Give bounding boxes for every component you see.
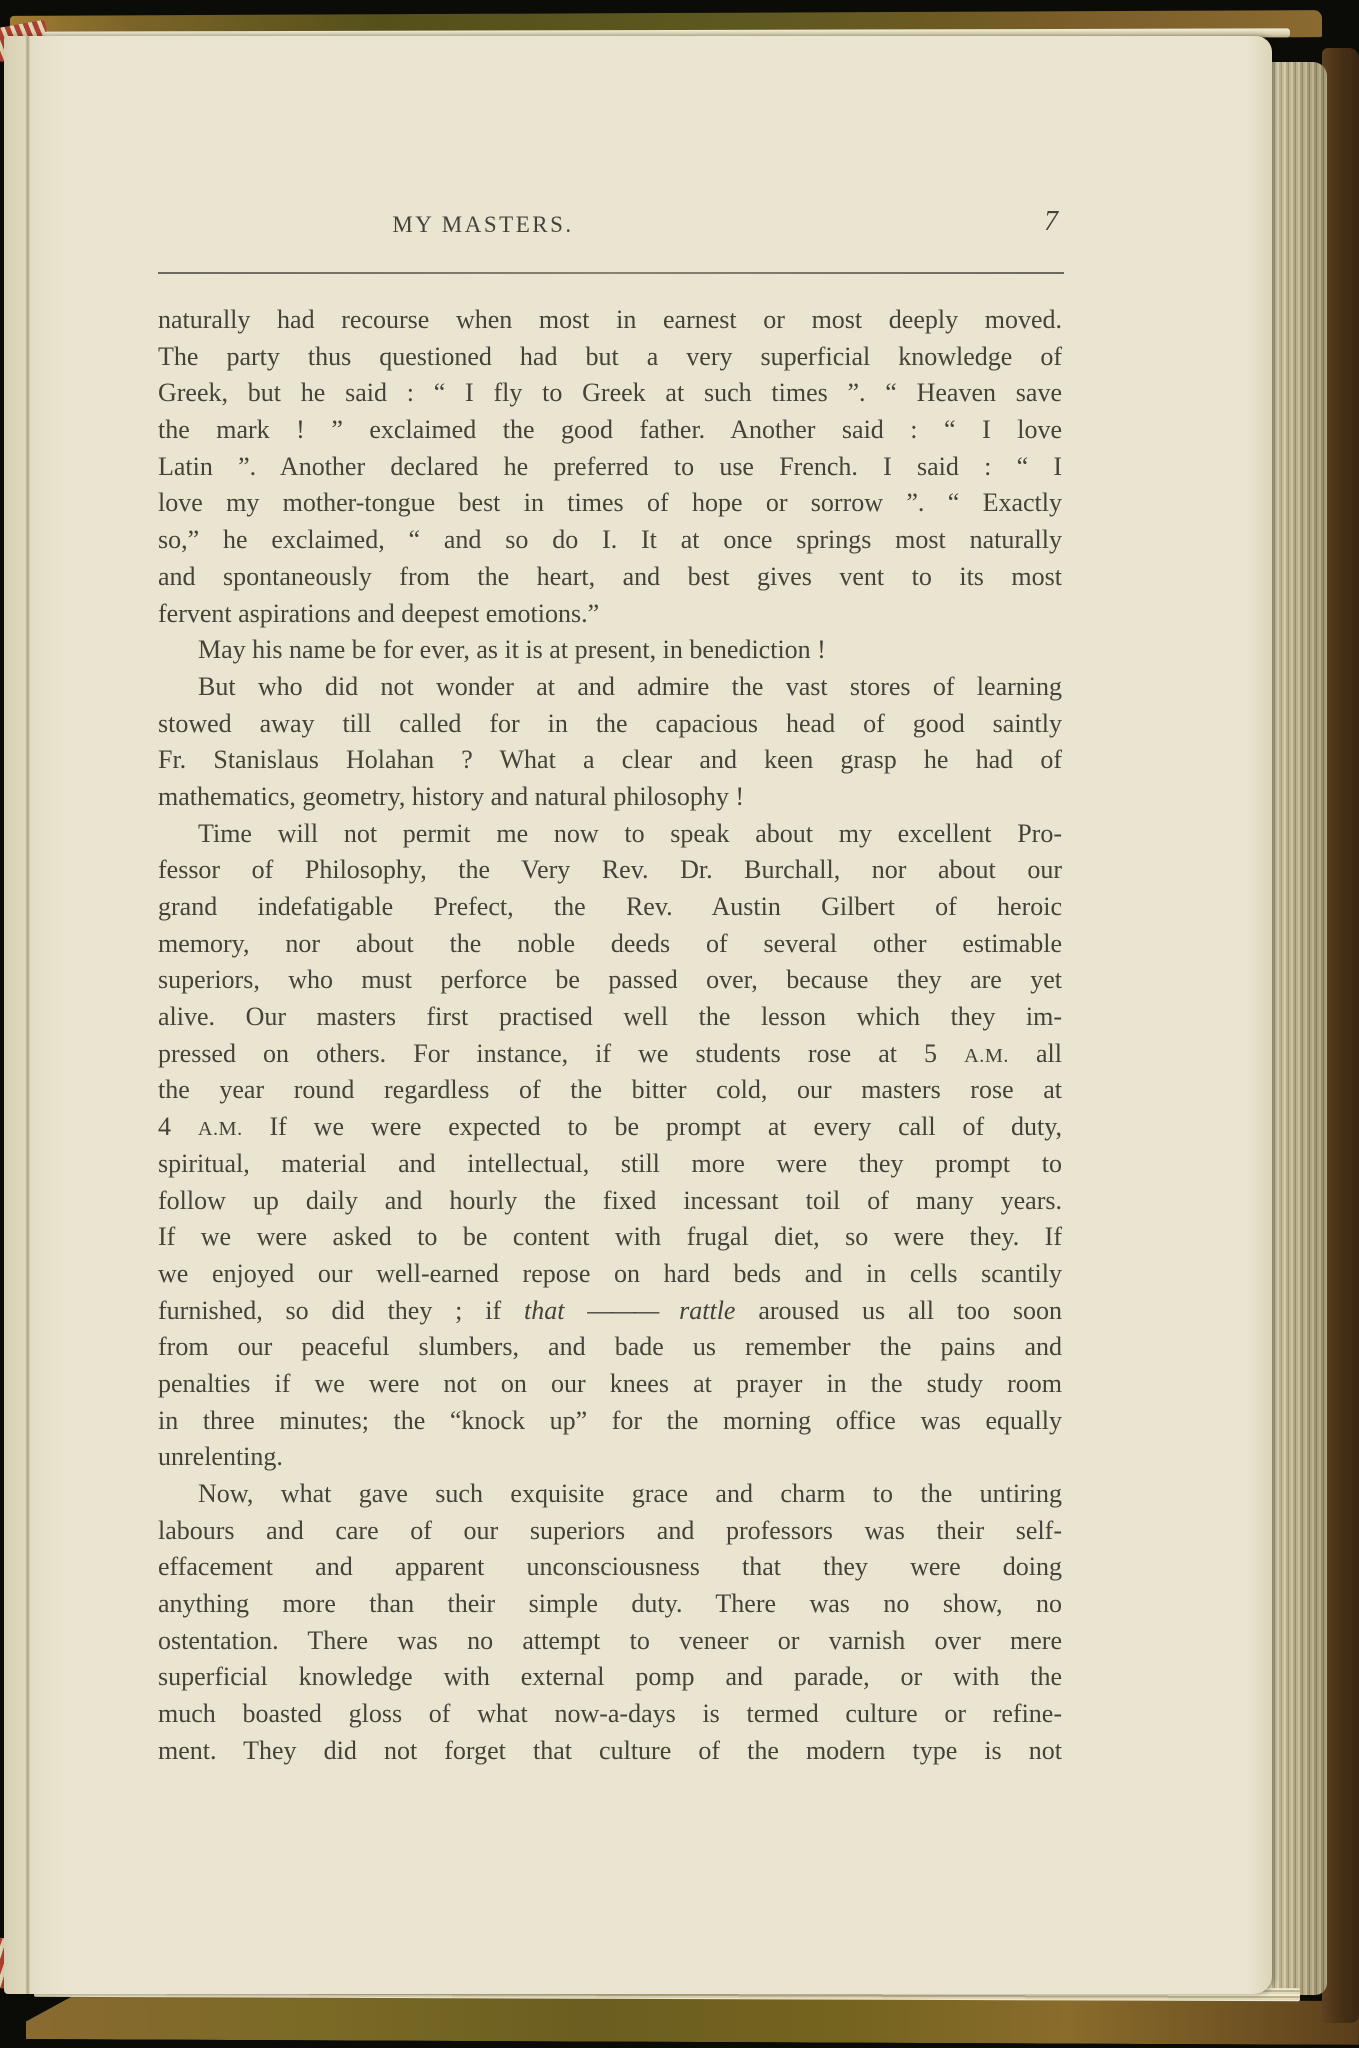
text-segment-dash: ——— (587, 1296, 656, 1325)
text-segment: superficial knowledge with external pomp… (158, 1662, 1062, 1691)
header-rule (158, 272, 1064, 274)
text-segment: fessor of Philosophy, the Very Rev. Dr. … (158, 855, 1062, 884)
text-segment: memory, nor about the noble deeds of sev… (158, 929, 1062, 958)
page-number: 7 (1044, 206, 1058, 238)
text-segment: grand indefatigable Prefect, the Rev. Au… (158, 892, 1062, 921)
text-line: memory, nor about the noble deeds of sev… (158, 926, 1062, 963)
text-line: Now, what gave such exquisite grace and … (158, 1476, 1062, 1513)
text-segment: Greek, but he said : “ I fly to Greek at… (158, 378, 1062, 407)
text-segment: all (1009, 1039, 1062, 1068)
text-segment: superiors, who must perforce be passed o… (158, 965, 1062, 994)
text-line: and spontaneously from the heart, and be… (158, 559, 1062, 596)
text-line: spiritual, material and intellectual, st… (158, 1146, 1062, 1183)
text-line: May his name be for ever, as it is at pr… (158, 632, 1062, 669)
text-segment: in three minutes; the “knock up” for the… (158, 1406, 1062, 1435)
text-segment-smallcaps: A.M. (964, 1045, 1009, 1067)
text-segment: the mark ! ” exclaimed the good father. … (158, 415, 1062, 444)
text-line: much boasted gloss of what now-a-days is… (158, 1696, 1062, 1733)
text-segment: ostentation. There was no attempt to ven… (158, 1626, 1062, 1655)
text-segment: May his name be for ever, as it is at pr… (198, 635, 826, 664)
text-segment: much boasted gloss of what now-a-days is… (158, 1699, 1062, 1728)
text-line: The party thus questioned had but a very… (158, 339, 1062, 376)
text-segment: ment. They did not forget that culture o… (158, 1736, 1062, 1765)
book-cover-bottom-edge (26, 1995, 1359, 2045)
text-line: follow up daily and hourly the fixed inc… (158, 1183, 1062, 1220)
text-segment: from our peaceful slumbers, and bade us … (158, 1332, 1062, 1361)
text-segment: Time will not permit me now to speak abo… (198, 819, 1062, 848)
body-text: naturally had recourse when most in earn… (158, 302, 1062, 1770)
text-segment: so,” he exclaimed, “ and so do I. It at … (158, 525, 1062, 554)
text-segment: If we were expected to be prompt at ever… (243, 1112, 1062, 1141)
text-line: the year round regardless of the bitter … (158, 1072, 1062, 1109)
text-line: 4 A.M. If we were expected to be prompt … (158, 1109, 1062, 1146)
text-line: naturally had recourse when most in earn… (158, 302, 1062, 339)
text-line: grand indefatigable Prefect, the Rev. Au… (158, 889, 1062, 926)
text-segment: The party thus questioned had but a very… (158, 342, 1062, 371)
text-line: we enjoyed our well-earned repose on har… (158, 1256, 1062, 1293)
text-line: But who did not wonder at and admire the… (158, 669, 1062, 706)
text-segment: pressed on others. For instance, if we s… (158, 1039, 964, 1068)
text-segment: alive. Our masters first practised well … (158, 1002, 1062, 1031)
text-segment: follow up daily and hourly the fixed inc… (158, 1186, 1062, 1215)
text-segment: mathematics, geometry, history and natur… (158, 782, 744, 811)
text-line: Time will not permit me now to speak abo… (158, 816, 1062, 853)
text-line: If we were asked to be content with frug… (158, 1219, 1062, 1256)
text-segment: anything more than their simple duty. Th… (158, 1589, 1062, 1618)
text-segment: Latin ”. Another declared he preferred t… (158, 452, 1062, 481)
text-segment: effacement and apparent unconsciousness … (158, 1552, 1062, 1581)
text-segment: stowed away till called for in the capac… (158, 709, 1062, 738)
text-line: superiors, who must perforce be passed o… (158, 962, 1062, 999)
text-line: penalties if we were not on our knees at… (158, 1366, 1062, 1403)
photo-backdrop: MY MASTERS. 7 naturally had recourse whe… (0, 0, 1359, 2048)
text-line: the mark ! ” exclaimed the good father. … (158, 412, 1062, 449)
text-segment: labours and care of our superiors and pr… (158, 1516, 1062, 1545)
text-line: pressed on others. For instance, if we s… (158, 1036, 1062, 1073)
text-line: effacement and apparent unconsciousness … (158, 1549, 1062, 1586)
text-segment: aroused us all too soon (735, 1296, 1062, 1325)
text-line: mathematics, geometry, history and natur… (158, 779, 1062, 816)
text-segment-italic: that (524, 1296, 564, 1325)
text-segment: Fr. Stanislaus Holahan ? What a clear an… (158, 745, 1062, 774)
running-header: MY MASTERS. 7 (158, 204, 1062, 250)
text-line: superficial knowledge with external pomp… (158, 1659, 1062, 1696)
text-segment: and spontaneously from the heart, and be… (158, 562, 1062, 591)
text-line: unrelenting. (158, 1439, 1062, 1476)
gutter-crease (25, 36, 30, 1994)
text-segment: 4 (158, 1112, 198, 1141)
text-line: Latin ”. Another declared he preferred t… (158, 449, 1062, 486)
text-segment: If we were asked to be content with frug… (158, 1222, 1062, 1251)
text-segment (564, 1296, 587, 1325)
page-edges-stack (1263, 62, 1327, 1995)
text-segment-smallcaps: A.M. (198, 1118, 243, 1140)
book-cover-right (1322, 48, 1359, 2023)
text-line: in three minutes; the “knock up” for the… (158, 1403, 1062, 1440)
text-segment: we enjoyed our well-earned repose on har… (158, 1259, 1062, 1288)
text-line: alive. Our masters first practised well … (158, 999, 1062, 1036)
text-segment: Now, what gave such exquisite grace and … (198, 1479, 1062, 1508)
book-page: MY MASTERS. 7 naturally had recourse whe… (4, 36, 1272, 1994)
text-line: from our peaceful slumbers, and bade us … (158, 1329, 1062, 1366)
text-segment: spiritual, material and intellectual, st… (158, 1149, 1062, 1178)
text-line: love my mother-tongue best in times of h… (158, 485, 1062, 522)
text-line: stowed away till called for in the capac… (158, 706, 1062, 743)
header-title: MY MASTERS. (392, 212, 573, 238)
text-segment: fervent aspirations and deepest emotions… (158, 599, 599, 628)
text-line: furnished, so did they ; if that ——— rat… (158, 1293, 1062, 1330)
text-line: labours and care of our superiors and pr… (158, 1513, 1062, 1550)
text-segment: the year round regardless of the bitter … (158, 1075, 1062, 1104)
text-segment: naturally had recourse when most in earn… (158, 305, 1062, 334)
text-line: so,” he exclaimed, “ and so do I. It at … (158, 522, 1062, 559)
text-segment: love my mother-tongue best in times of h… (158, 488, 1062, 517)
text-line: fervent aspirations and deepest emotions… (158, 596, 1062, 633)
text-segment: furnished, so did they ; if (158, 1296, 524, 1325)
text-segment: penalties if we were not on our knees at… (158, 1369, 1062, 1398)
text-line: Fr. Stanislaus Holahan ? What a clear an… (158, 742, 1062, 779)
text-segment: unrelenting. (158, 1442, 283, 1471)
text-segment-italic: rattle (679, 1296, 735, 1325)
text-line: ostentation. There was no attempt to ven… (158, 1623, 1062, 1660)
text-line: ment. They did not forget that culture o… (158, 1733, 1062, 1770)
text-line: fessor of Philosophy, the Very Rev. Dr. … (158, 852, 1062, 889)
text-line: anything more than their simple duty. Th… (158, 1586, 1062, 1623)
text-segment (656, 1296, 679, 1325)
text-line: Greek, but he said : “ I fly to Greek at… (158, 375, 1062, 412)
text-segment: But who did not wonder at and admire the… (198, 672, 1062, 701)
